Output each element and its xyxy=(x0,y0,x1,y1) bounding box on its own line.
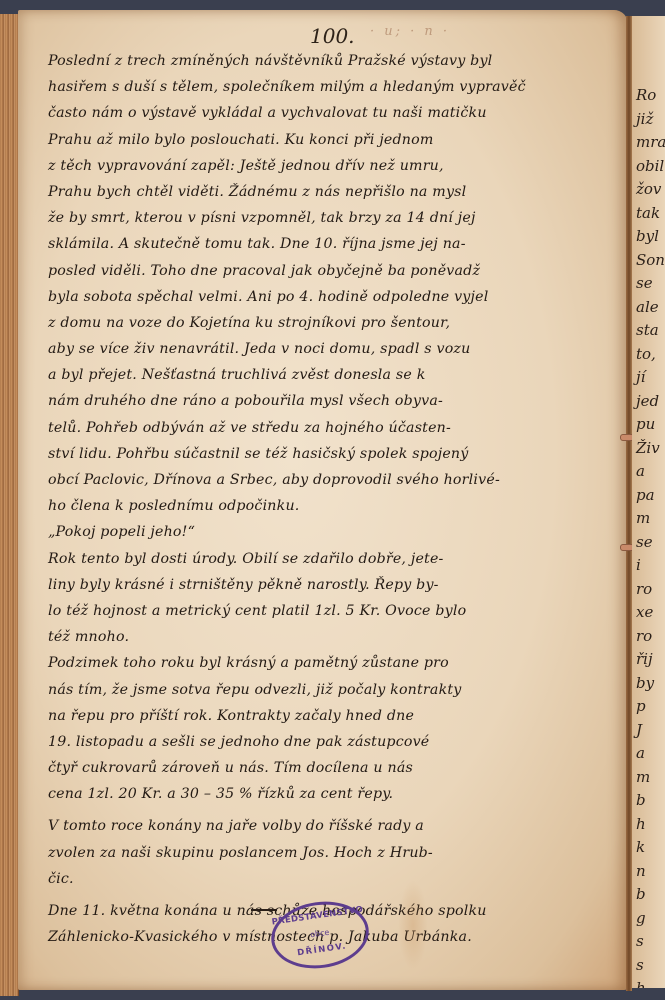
page-number: 100. xyxy=(310,24,355,48)
manuscript-line: nás tím, že jsme sotva řepu odvezli, již… xyxy=(48,677,638,703)
facing-page-fragment: Ro xyxy=(636,86,656,104)
facing-page-fragment: ro xyxy=(636,580,652,598)
facing-page-fragment: xe xyxy=(636,603,653,621)
manuscript-line: čtyř cukrovarů zároveň u nás. Tím docíle… xyxy=(48,755,638,781)
manuscript-line: že by smrt, kterou v písni vzpomněl, tak… xyxy=(48,205,638,231)
facing-page-fragment: Živ xyxy=(636,439,660,457)
handwritten-text-block: Poslední z trech zmíněných návštěvníků P… xyxy=(48,48,638,950)
facing-page-fragment: pa xyxy=(636,486,655,504)
manuscript-line: z těch vypravování zapěl: Ještě jednou d… xyxy=(48,153,638,179)
facing-page-fragment: g xyxy=(636,909,646,927)
facing-page-fragment: obilí xyxy=(636,157,665,175)
manuscript-line: Rok tento byl dosti úrody. Obilí se zdař… xyxy=(48,546,638,572)
facing-page-fragment: jí xyxy=(636,368,645,386)
facing-page-fragment: m xyxy=(636,768,650,786)
manuscript-line: V tomto roce konány na jaře volby do říš… xyxy=(48,813,638,839)
manuscript-line: cena 1zl. 20 Kr. a 30 – 35 % řízků za ce… xyxy=(48,781,638,807)
facing-page-fragment: b xyxy=(636,885,646,903)
manuscript-line: často nám o výstavě vykládal a vychvalov… xyxy=(48,100,638,126)
manuscript-line: aby se více živ nenavrátil. Jeda v noci … xyxy=(48,336,638,362)
facing-page-fragment: k xyxy=(636,838,645,856)
ink-dash-mark xyxy=(251,909,277,911)
manuscript-line: Prahu až milo bylo poslouchati. Ku konci… xyxy=(48,127,638,153)
page-edges xyxy=(0,14,19,996)
facing-page-fragment: a xyxy=(636,744,645,762)
facing-page-fragment: h xyxy=(636,979,646,988)
facing-page: RojižmraobilížovtakbylSonsealestato,jíje… xyxy=(632,16,665,988)
facing-page-fragment: m xyxy=(636,509,650,527)
facing-page-fragment: řij xyxy=(636,650,653,668)
facing-page-fragment: byl xyxy=(636,227,659,245)
open-ledger-book: 100. · u; · n · Poslední z trech zmíněný… xyxy=(0,6,665,996)
manuscript-line: Poslední z trech zmíněných návštěvníků P… xyxy=(48,48,638,74)
facing-page-fragment: se xyxy=(636,274,653,292)
facing-page-fragment: i xyxy=(636,556,641,574)
manuscript-line: ství lidu. Pohřbu súčastnil se též hasič… xyxy=(48,441,638,467)
facing-page-fragment: by xyxy=(636,674,654,692)
facing-page-fragment: s xyxy=(636,956,644,974)
manuscript-line: skláтila. A skutečně tomu tak. Dne 10. ř… xyxy=(48,231,638,257)
facing-page-fragment: se xyxy=(636,533,653,551)
facing-page-fragment: Son xyxy=(636,251,665,269)
manuscript-line: též mnoho. xyxy=(48,624,638,650)
facing-page-fragment: již xyxy=(636,110,653,128)
manuscript-line: posled viděli. Toho dne pracoval jak oby… xyxy=(48,258,638,284)
manuscript-line: obcí Paclovic, Dřínova a Srbec, aby dopr… xyxy=(48,467,638,493)
facing-page-fragment: J xyxy=(636,721,642,739)
facing-page-fragment: a xyxy=(636,462,645,480)
faint-bleed-through-mark: · u; · n · xyxy=(370,24,450,39)
facing-page-fragment: žov xyxy=(636,180,661,198)
manuscript-line: Podzimek toho roku byl krásný a pamětný … xyxy=(48,650,638,676)
manuscript-line: čic. xyxy=(48,866,638,892)
facing-page-fragment: ro xyxy=(636,627,652,645)
manuscript-line: nám druhého dne ráno a pobouřila mysl vš… xyxy=(48,388,638,414)
facing-page-fragment: sta xyxy=(636,321,659,339)
facing-page-fragment: h xyxy=(636,815,646,833)
manuscript-line: z domu na voze do Kojetína ku strojníkov… xyxy=(48,310,638,336)
facing-page-fragment: p xyxy=(636,697,646,715)
facing-page-fragment: pu xyxy=(636,415,655,433)
facing-page-fragment: tak xyxy=(636,204,660,222)
manuscript-line: „Pokoj popeli jeho!“ xyxy=(48,519,638,545)
facing-page-fragment: s xyxy=(636,932,644,950)
manuscript-line: ho člena k poslednímu odpočinku. xyxy=(48,493,638,519)
facing-page-fragment: mra xyxy=(636,133,665,151)
facing-page-fragment: to, xyxy=(636,345,656,363)
facing-page-fragment: n xyxy=(636,862,646,880)
manuscript-line: telů. Pohřeb odbýván až ve středu za hoj… xyxy=(48,415,638,441)
water-stain xyxy=(398,880,428,970)
manuscript-line: liny byly krásné i strništěny pěkně naro… xyxy=(48,572,638,598)
facing-page-fragment: b xyxy=(636,791,646,809)
left-page: 100. · u; · n · Poslední z trech zmíněný… xyxy=(18,10,628,990)
facing-page-fragment: ale xyxy=(636,298,659,316)
manuscript-line: lo též hojnost a metrický cent platil 1z… xyxy=(48,598,638,624)
facing-page-fragment: jed xyxy=(636,392,659,410)
manuscript-line: 19. listopadu a sešli se jednoho dne pak… xyxy=(48,729,638,755)
manuscript-line: zvolen za naši skupinu poslancem Jos. Ho… xyxy=(48,840,638,866)
manuscript-line: hasiřem s duší s tělem, společníkem milý… xyxy=(48,74,638,100)
manuscript-line: a byl přejet. Nešťastná truchlivá zvěst … xyxy=(48,362,638,388)
manuscript-line: byla sobota spěchal velmi. Ani po 4. hod… xyxy=(48,284,638,310)
manuscript-line: Prahu bych chtěl viděti. Žádnému z nás n… xyxy=(48,179,638,205)
manuscript-line: na řepu pro příští rok. Kontrakty začaly… xyxy=(48,703,638,729)
